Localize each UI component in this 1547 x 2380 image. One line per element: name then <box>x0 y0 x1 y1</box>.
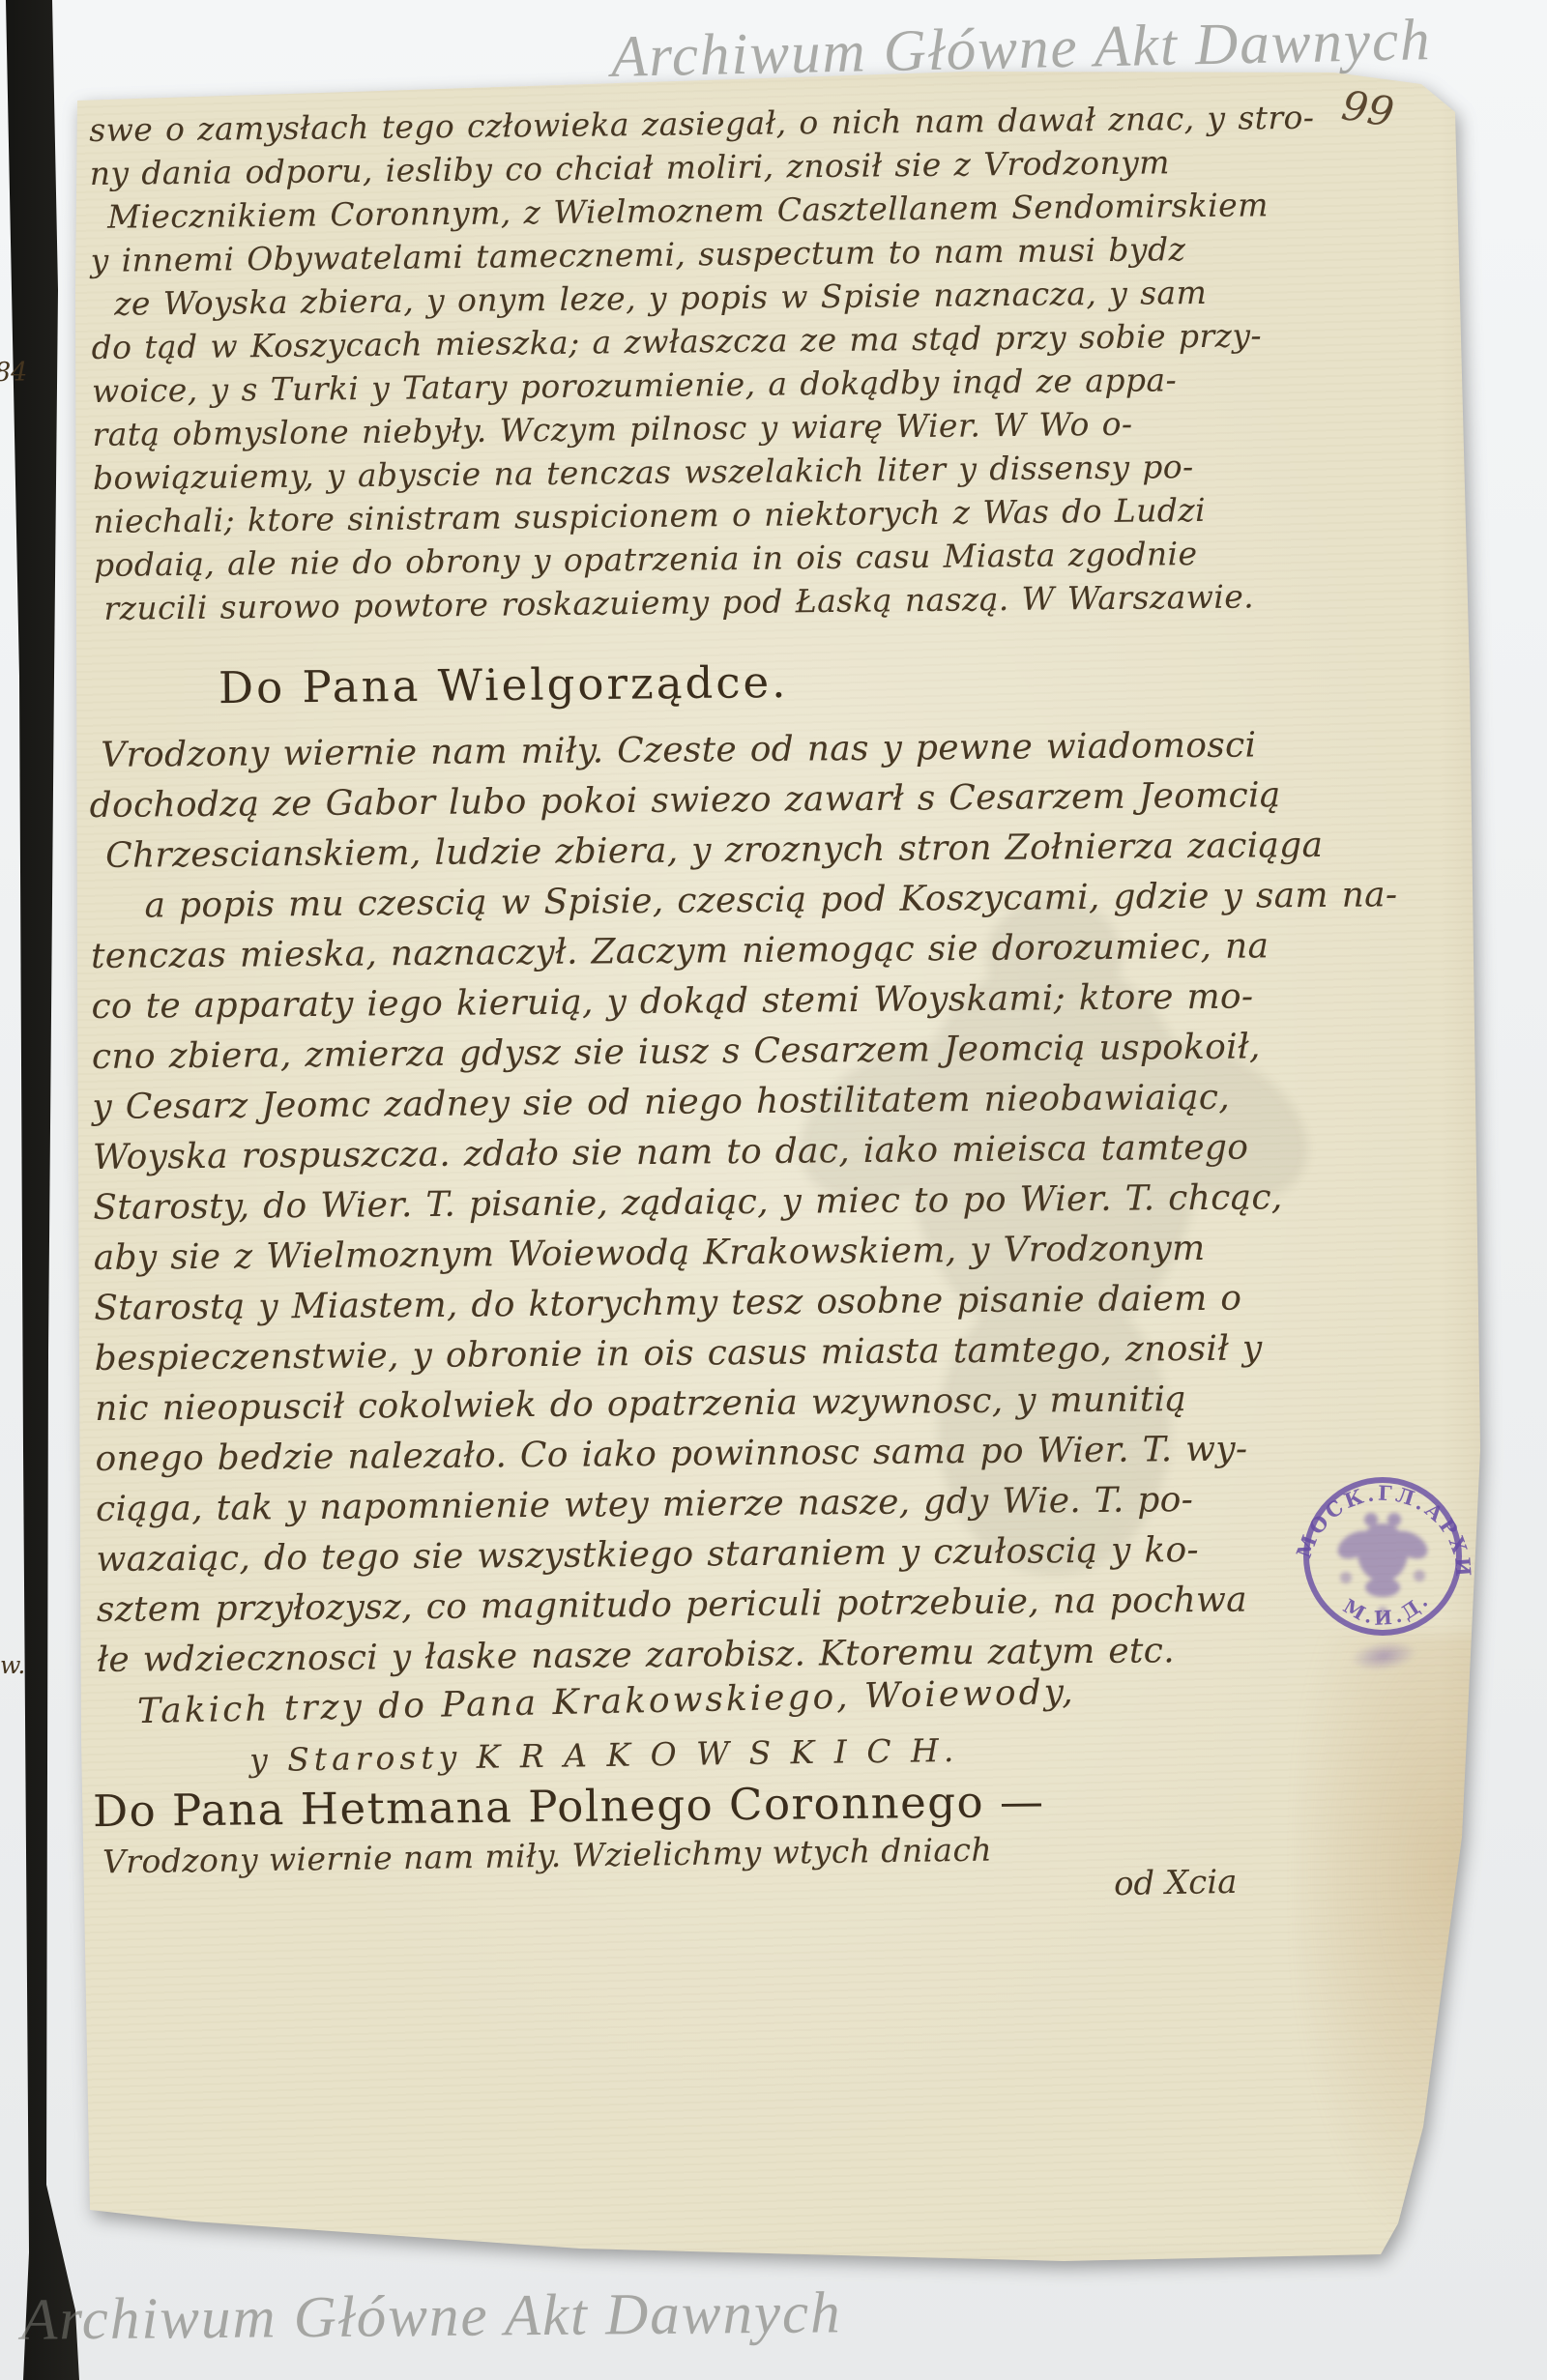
page-number: 99 <box>1338 81 1396 136</box>
margin-mark-lower: w. <box>0 1651 25 1679</box>
scanned-manuscript-page: 84 w. 99 swe o zamysłach tego człowieka … <box>0 0 1547 2380</box>
paper-sheet-wrapper: 99 swe o zamysłach tego człowieka zasieg… <box>0 0 1547 2380</box>
manuscript-line: łe wdziecznosci y łaske nasze zarobisz. … <box>97 1624 1404 1686</box>
paragraph-3: Vrodzony wiernie nam miły. Wzielichmy wt… <box>102 1831 993 1881</box>
paragraph-1: swe o zamysłach tego człowieka zasiegał,… <box>89 96 1320 630</box>
margin-mark-upper: 84 <box>0 358 27 388</box>
paper-sheet: 99 swe o zamysłach tego człowieka zasieg… <box>0 0 1547 2380</box>
paragraph-2: Vrodzony wiernie nam miły. Czeste od nas… <box>89 719 1404 1686</box>
section-heading-hetman: Do Pana Hetmana Polnego Coronnego — <box>93 1776 1045 1837</box>
closing-note-line-2: y Starosty K R A K O W S K I C H. <box>249 1731 959 1779</box>
paper-stain <box>1296 1634 1508 2233</box>
archive-ink-stamp: МОСК.ГЛ.АРХИВЪ М.И.Д. <box>1278 1452 1487 1661</box>
signoff-od-xcia: od Xcia <box>1114 1863 1238 1903</box>
section-heading-wielgorzadca: Do Pana Wielgorządce. <box>219 656 789 713</box>
